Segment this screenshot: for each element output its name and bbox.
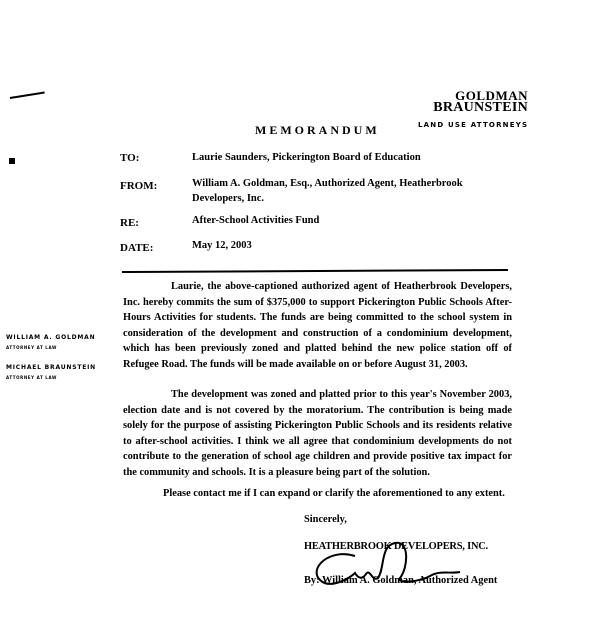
attorney-name: WILLIAM A. GOLDMAN (6, 334, 95, 341)
header-divider (122, 269, 508, 273)
stray-pen-mark (10, 92, 45, 99)
from-label: FROM: (120, 180, 157, 192)
re-label: RE: (120, 217, 139, 229)
to-value: Laurie Saunders, Pickerington Board of E… (192, 150, 512, 165)
attorney-title: ATTORNEY AT LAW (6, 375, 57, 380)
company-name: HEATHERBROOK DEVELOPERS, INC. (304, 541, 488, 552)
attorney-title: ATTORNEY AT LAW (6, 345, 57, 350)
date-label: DATE: (120, 242, 153, 254)
from-value: William A. Goldman, Esq., Authorized Age… (192, 176, 492, 206)
body-paragraph: Please contact me if I can expand or cla… (163, 486, 523, 502)
firm-tagline: LAND USE ATTORNEYS (418, 121, 528, 129)
memo-title: MEMORANDUM (255, 123, 380, 138)
firm-name-line2: BRAUNSTEIN (432, 101, 528, 114)
firm-logo: GOLDMAN BRAUNSTEIN (432, 90, 528, 114)
to-label: TO: (120, 152, 139, 164)
salutation: Sincerely, (304, 514, 347, 525)
re-value: After-School Activities Fund (192, 213, 512, 228)
date-value: May 12, 2003 (192, 238, 512, 253)
body-paragraph: The development was zoned and platted pr… (123, 387, 512, 480)
signer-line: By: William A. Goldman, Authorized Agent (304, 575, 497, 586)
punch-mark (9, 158, 15, 164)
body-paragraph: Laurie, the above-captioned authorized a… (123, 279, 512, 372)
attorney-name: MICHAEL BRAUNSTEIN (6, 364, 96, 371)
